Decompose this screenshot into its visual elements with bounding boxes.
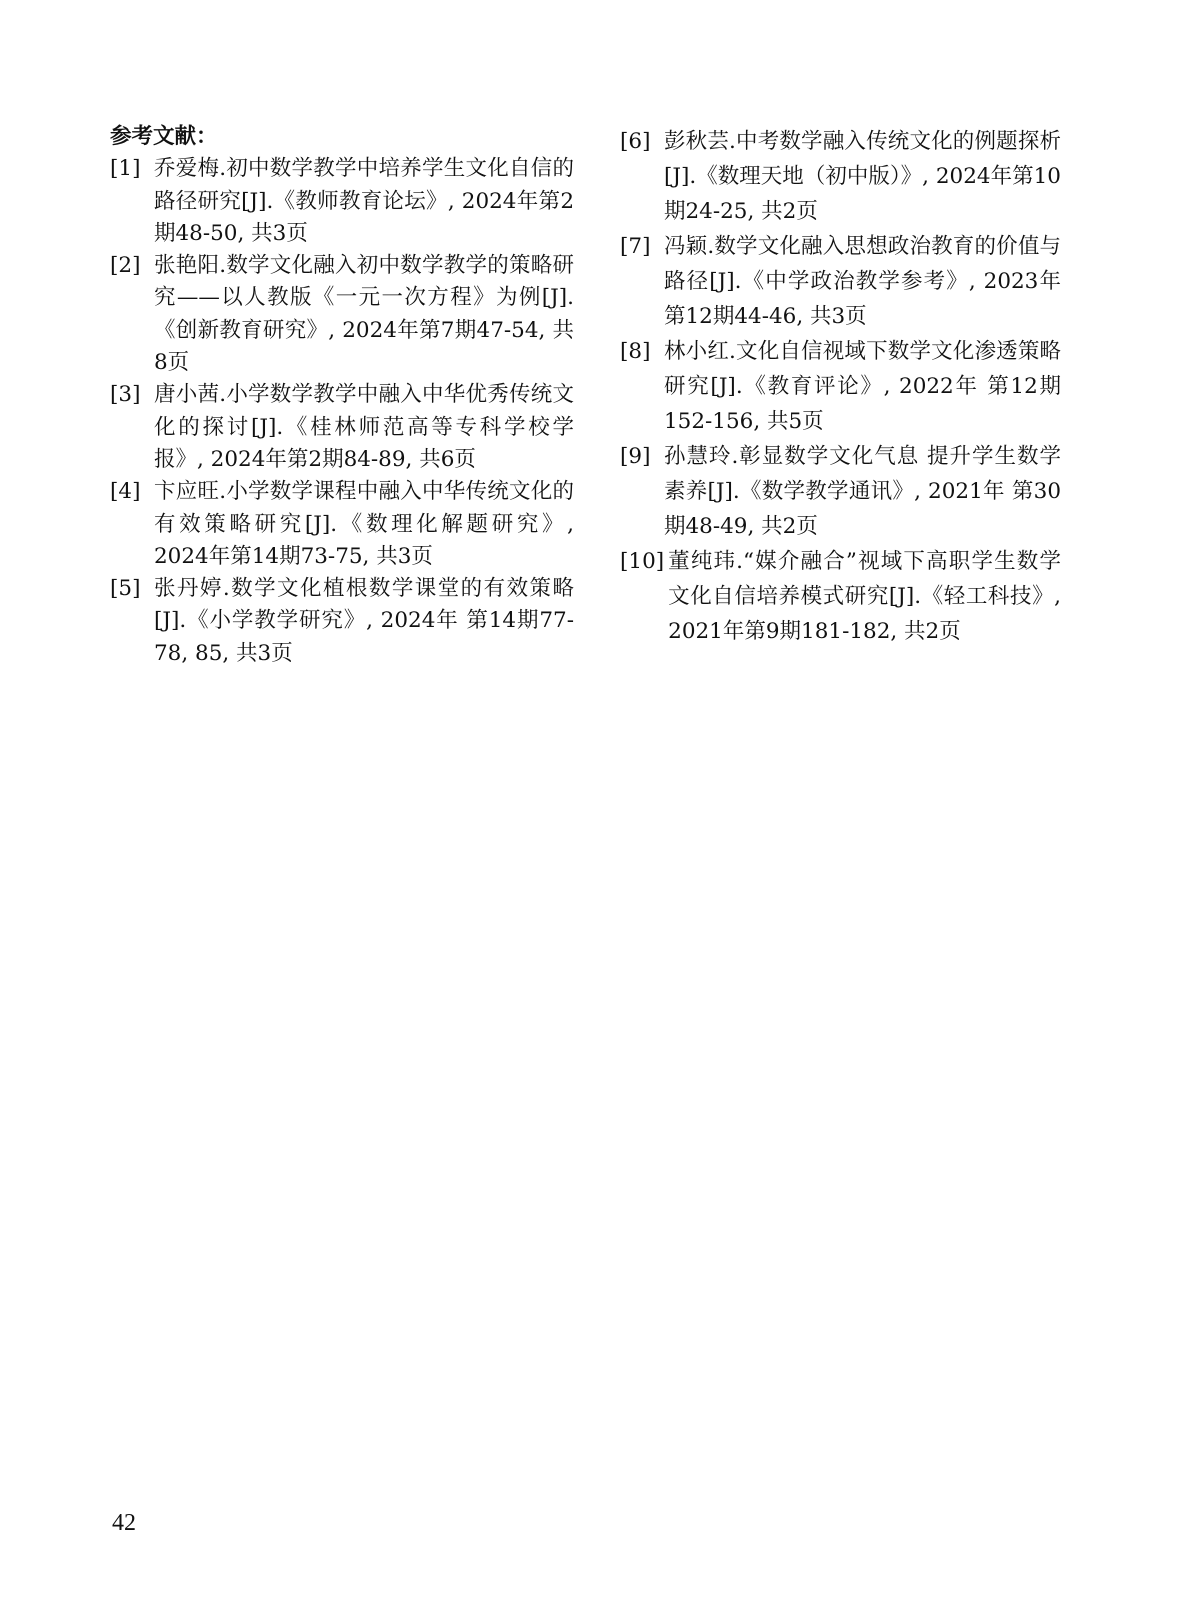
references-list-left: [1]乔爱梅.初中数学教学中培养学生文化自信的路径研究[J].《教师教育论坛》,…: [110, 153, 574, 670]
references-heading: 参考文献：: [110, 121, 574, 153]
document-page: 参考文献： [1]乔爱梅.初中数学教学中培养学生文化自信的路径研究[J].《教师…: [0, 0, 1191, 1616]
reference-marker: [5]: [110, 573, 154, 605]
reference-item: [10]董纯玮.“媒介融合”视域下高职学生数学文化自信培养模式研究[J].《轻工…: [620, 544, 1061, 649]
reference-item: [3]唐小茜.小学数学教学中融入中华优秀传统文化的探讨[J].《桂林师范高等专科…: [110, 379, 574, 476]
reference-marker: [1]: [110, 153, 154, 185]
reference-item: [5]张丹婷.数学文化植根数学课堂的有效策略[J].《小学教学研究》, 2024…: [110, 573, 574, 670]
references-list-right: [6]彭秋芸.中考数学融入传统文化的例题探析[J].《数理天地（初中版）》, 2…: [620, 124, 1061, 649]
reference-marker: [10]: [620, 544, 668, 579]
reference-marker: [6]: [620, 124, 664, 159]
reference-marker: [3]: [110, 379, 154, 411]
reference-text: 董纯玮.“媒介融合”视域下高职学生数学文化自信培养模式研究[J].《轻工科技》,…: [668, 544, 1061, 649]
references-column-right: [6]彭秋芸.中考数学融入传统文化的例题探析[J].《数理天地（初中版）》, 2…: [620, 124, 1061, 649]
reference-marker: [9]: [620, 439, 664, 474]
reference-marker: [7]: [620, 229, 664, 264]
page-number: 42: [112, 1510, 136, 1537]
reference-text: 张艳阳.数学文化融入初中数学教学的策略研究——以人教版《一元一次方程》为例[J]…: [154, 250, 574, 379]
reference-item: [6]彭秋芸.中考数学融入传统文化的例题探析[J].《数理天地（初中版）》, 2…: [620, 124, 1061, 229]
reference-item: [8]林小红.文化自信视域下数学文化渗透策略研究[J].《教育评论》, 2022…: [620, 334, 1061, 439]
reference-text: 彭秋芸.中考数学融入传统文化的例题探析[J].《数理天地（初中版）》, 2024…: [664, 124, 1061, 229]
reference-marker: [8]: [620, 334, 664, 369]
reference-text: 唐小茜.小学数学教学中融入中华优秀传统文化的探讨[J].《桂林师范高等专科学校学…: [154, 379, 574, 476]
reference-text: 乔爱梅.初中数学教学中培养学生文化自信的路径研究[J].《教师教育论坛》, 20…: [154, 153, 574, 250]
reference-text: 孙慧玲.彰显数学文化气息 提升学生数学素养[J].《数学教学通讯》, 2021年…: [664, 439, 1061, 544]
reference-marker: [4]: [110, 476, 154, 508]
reference-item: [2]张艳阳.数学文化融入初中数学教学的策略研究——以人教版《一元一次方程》为例…: [110, 250, 574, 379]
reference-item: [4]卞应旺.小学数学课程中融入中华传统文化的有效策略研究[J].《数理化解题研…: [110, 476, 574, 573]
reference-marker: [2]: [110, 250, 154, 282]
reference-text: 张丹婷.数学文化植根数学课堂的有效策略[J].《小学教学研究》, 2024年 第…: [154, 573, 574, 670]
reference-item: [9]孙慧玲.彰显数学文化气息 提升学生数学素养[J].《数学教学通讯》, 20…: [620, 439, 1061, 544]
reference-text: 林小红.文化自信视域下数学文化渗透策略研究[J].《教育评论》, 2022年 第…: [664, 334, 1061, 439]
reference-text: 冯颖.数学文化融入思想政治教育的价值与路径[J].《中学政治教学参考》, 202…: [664, 229, 1061, 334]
reference-item: [1]乔爱梅.初中数学教学中培养学生文化自信的路径研究[J].《教师教育论坛》,…: [110, 153, 574, 250]
references-column-left: 参考文献： [1]乔爱梅.初中数学教学中培养学生文化自信的路径研究[J].《教师…: [110, 121, 574, 670]
reference-item: [7]冯颖.数学文化融入思想政治教育的价值与路径[J].《中学政治教学参考》, …: [620, 229, 1061, 334]
reference-text: 卞应旺.小学数学课程中融入中华传统文化的有效策略研究[J].《数理化解题研究》,…: [154, 476, 574, 573]
